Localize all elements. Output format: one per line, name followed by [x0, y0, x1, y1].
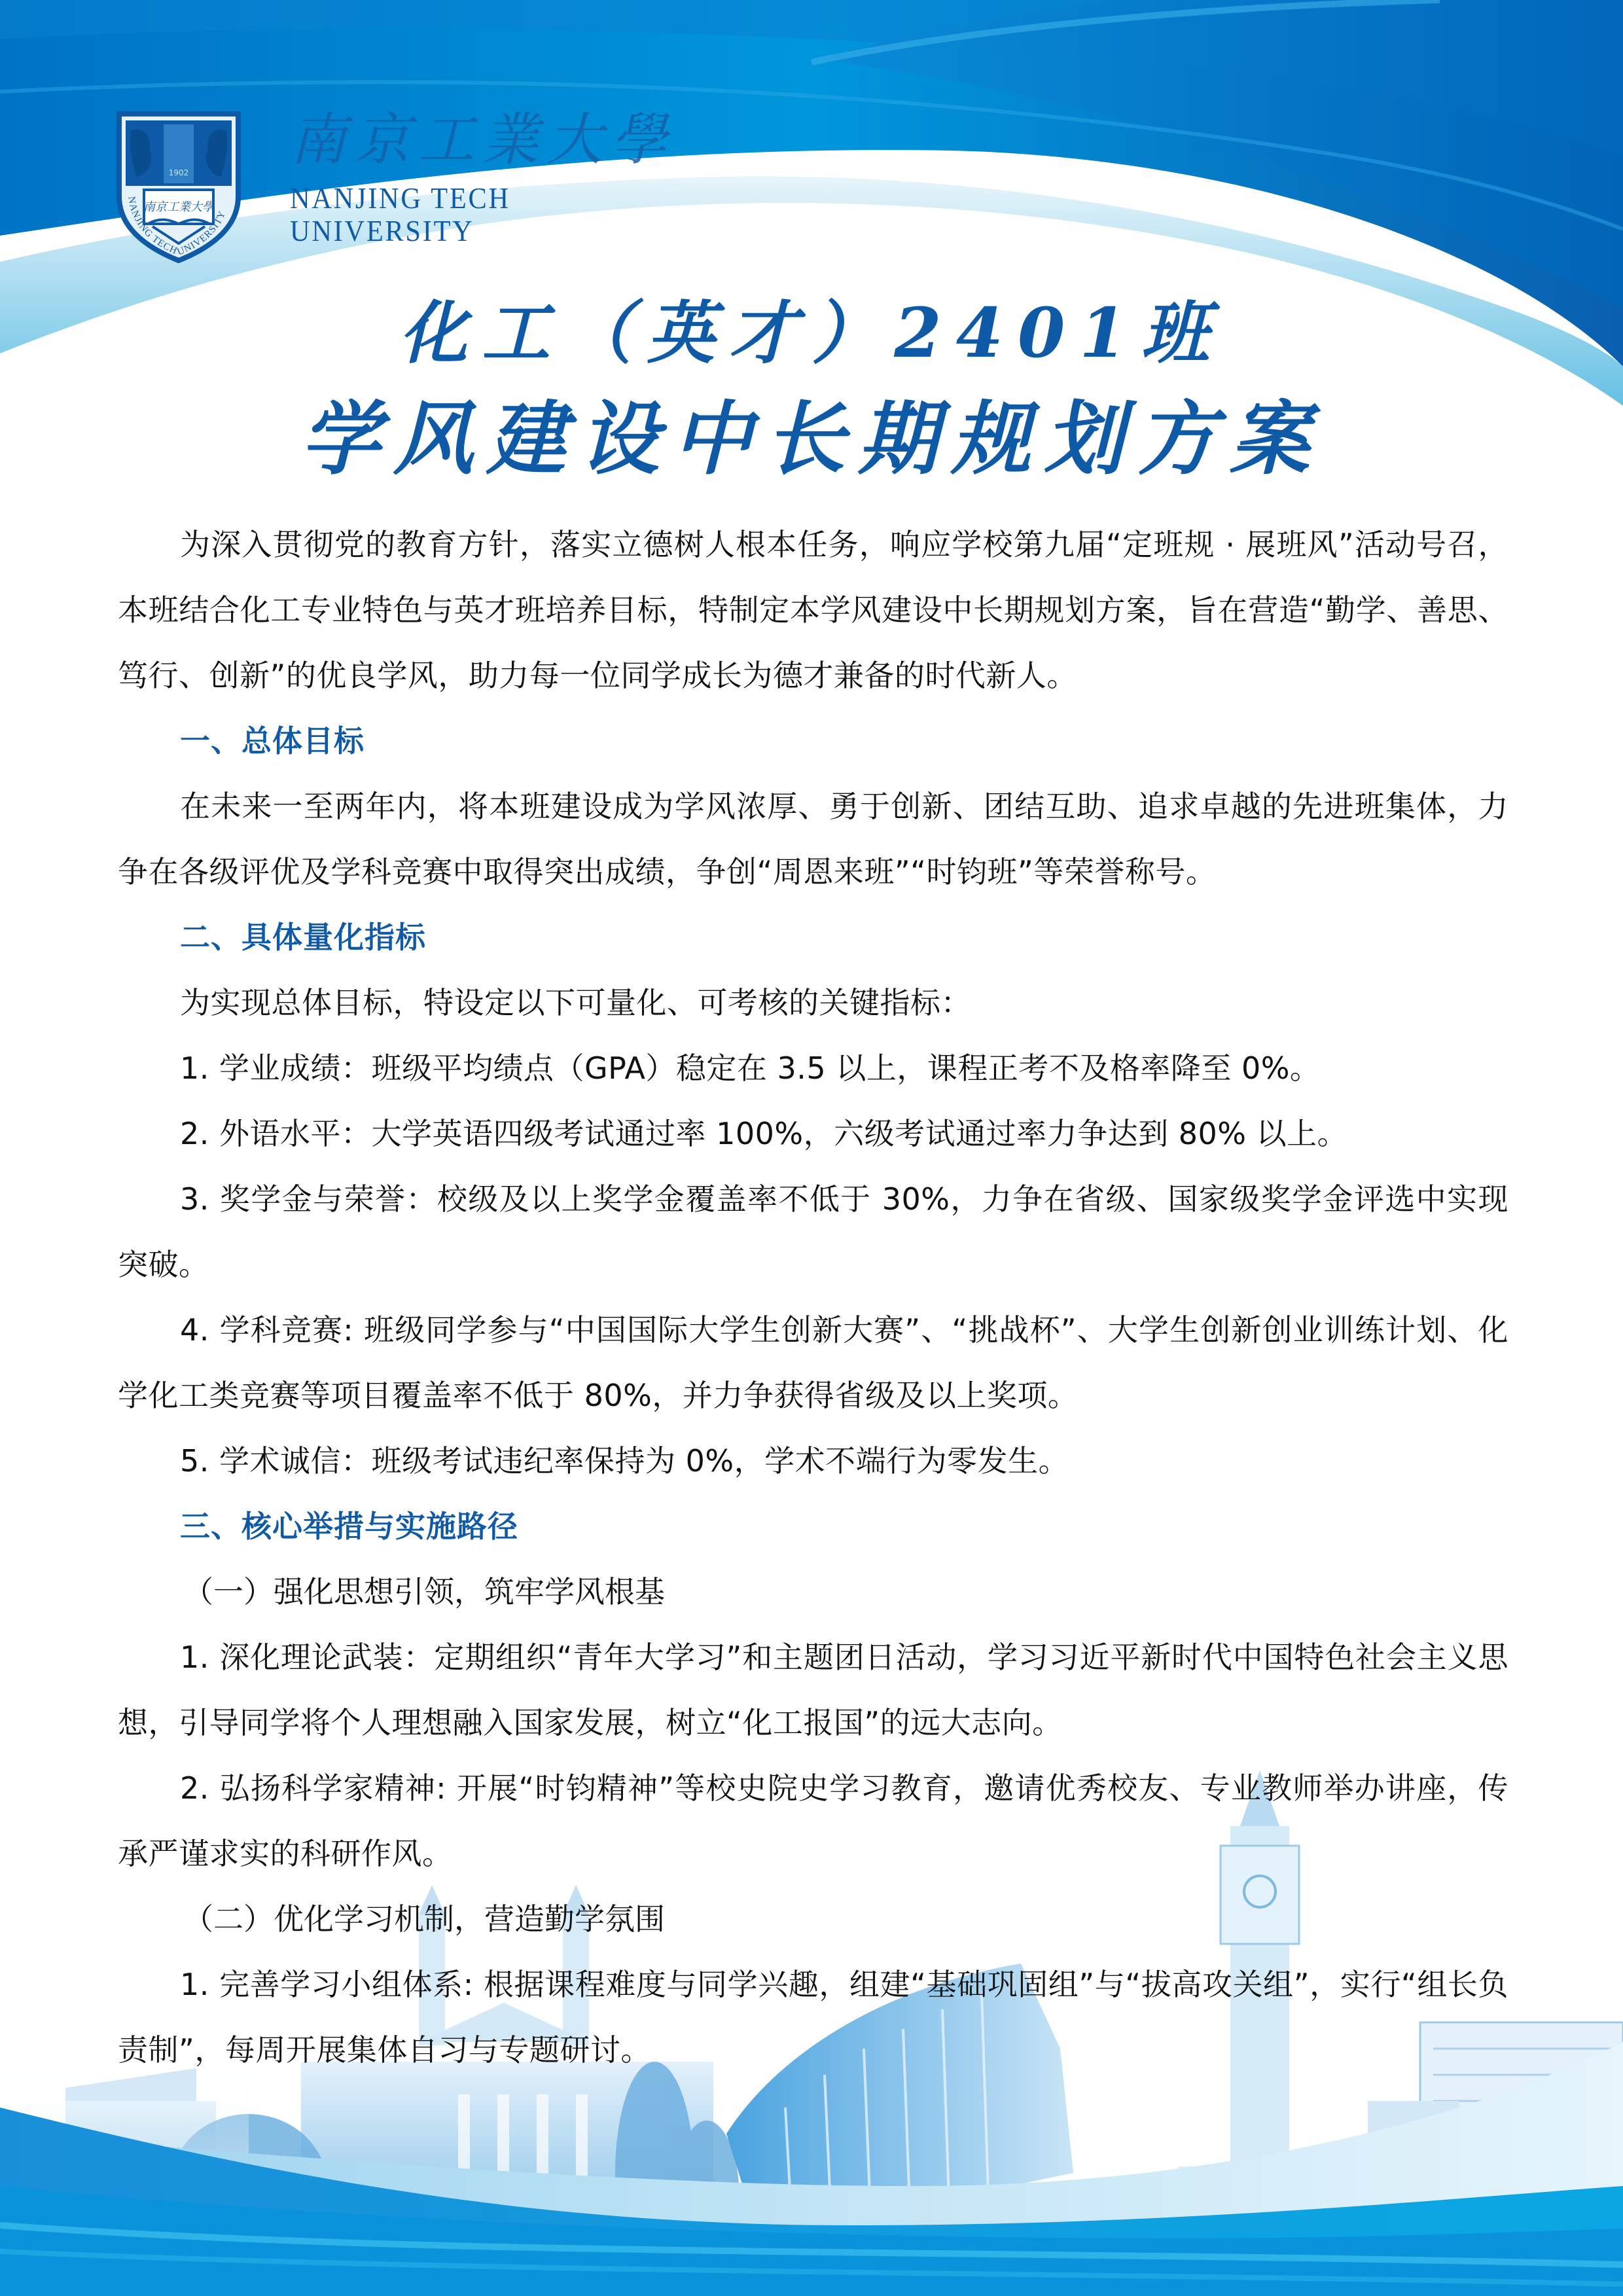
university-name-cn: 南京工業大學 [290, 109, 675, 171]
university-crest-icon: 1902 南京工業大學 NANJING TECH UNIVERSITY [116, 111, 241, 263]
svg-text:1902: 1902 [169, 168, 189, 177]
measure-item-theory: 1. 深化理论武装：定期组织“青年大学习”和主题团日活动，学习习近平新时代中国特… [118, 1624, 1508, 1755]
university-name-en-line1: NANJING TECH [290, 182, 644, 215]
svg-text:南京工業大學: 南京工業大學 [143, 200, 215, 214]
document-title: 化工（英才）2401班 学风建设中长期规划方案 [0, 291, 1623, 478]
measure-item-scientist-spirit: 2. 弘扬科学家精神: 开展“时钧精神”等校史院史学习教育，邀请优秀校友、专业教… [118, 1755, 1508, 1886]
indicators-lead: 为实现总体目标，特设定以下可量化、可考核的关键指标： [118, 970, 1508, 1035]
title-line-class: 化工（英才）2401班 [0, 299, 1623, 367]
section-heading-core-measures: 三、核心举措与实施路径 [118, 1494, 1508, 1559]
section-heading-overall-goal: 一、总体目标 [118, 708, 1508, 774]
subsection-title-ideology: （一）强化思想引领，筑牢学风根基 [118, 1559, 1508, 1624]
overall-goal-paragraph: 在未来一至两年内，将本班建设成为学风浓厚、勇于创新、团结互助、追求卓越的先进班集… [118, 774, 1508, 905]
indicator-item-language: 2. 外语水平：大学英语四级考试通过率 100%，六级考试通过率力争达到 80%… [118, 1101, 1508, 1166]
indicator-item-academic: 1. 学业成绩：班级平均绩点（GPA）稳定在 3.5 以上，课程正考不及格率降至… [118, 1035, 1508, 1101]
university-name-en-line2: UNIVERSITY [290, 215, 644, 247]
intro-paragraph: 为深入贯彻党的教育方针，落实立德树人根本任务，响应学校第九届“定班规 · 展班风… [118, 512, 1508, 708]
document-body: 为深入贯彻党的教育方针，落实立德树人根本任务，响应学校第九届“定班规 · 展班风… [118, 512, 1508, 2083]
indicator-item-competition: 4. 学科竞赛: 班级同学参与“中国国际大学生创新大赛”、“挑战杯”、大学生创新… [118, 1297, 1508, 1428]
title-line-plan: 学风建设中长期规划方案 [0, 399, 1623, 478]
indicator-item-scholarship: 3. 奖学金与荣誉：校级及以上奖学金覆盖率不低于 30%，力争在省级、国家级奖学… [118, 1166, 1508, 1297]
subsection-title-learning-mechanism: （二）优化学习机制，营造勤学氛围 [118, 1886, 1508, 1952]
university-logo: 1902 南京工業大學 NANJING TECH UNIVERSITY 南京工業… [116, 111, 675, 263]
indicator-item-integrity: 5. 学术诚信：班级考试违纪率保持为 0%，学术不端行为零发生。 [118, 1428, 1508, 1494]
measure-item-study-groups: 1. 完善学习小组体系: 根据课程难度与同学兴趣，组建“基础巩固组”与“拔高攻关… [118, 1952, 1508, 2083]
section-heading-quantified-indicators: 二、具体量化指标 [118, 905, 1508, 970]
